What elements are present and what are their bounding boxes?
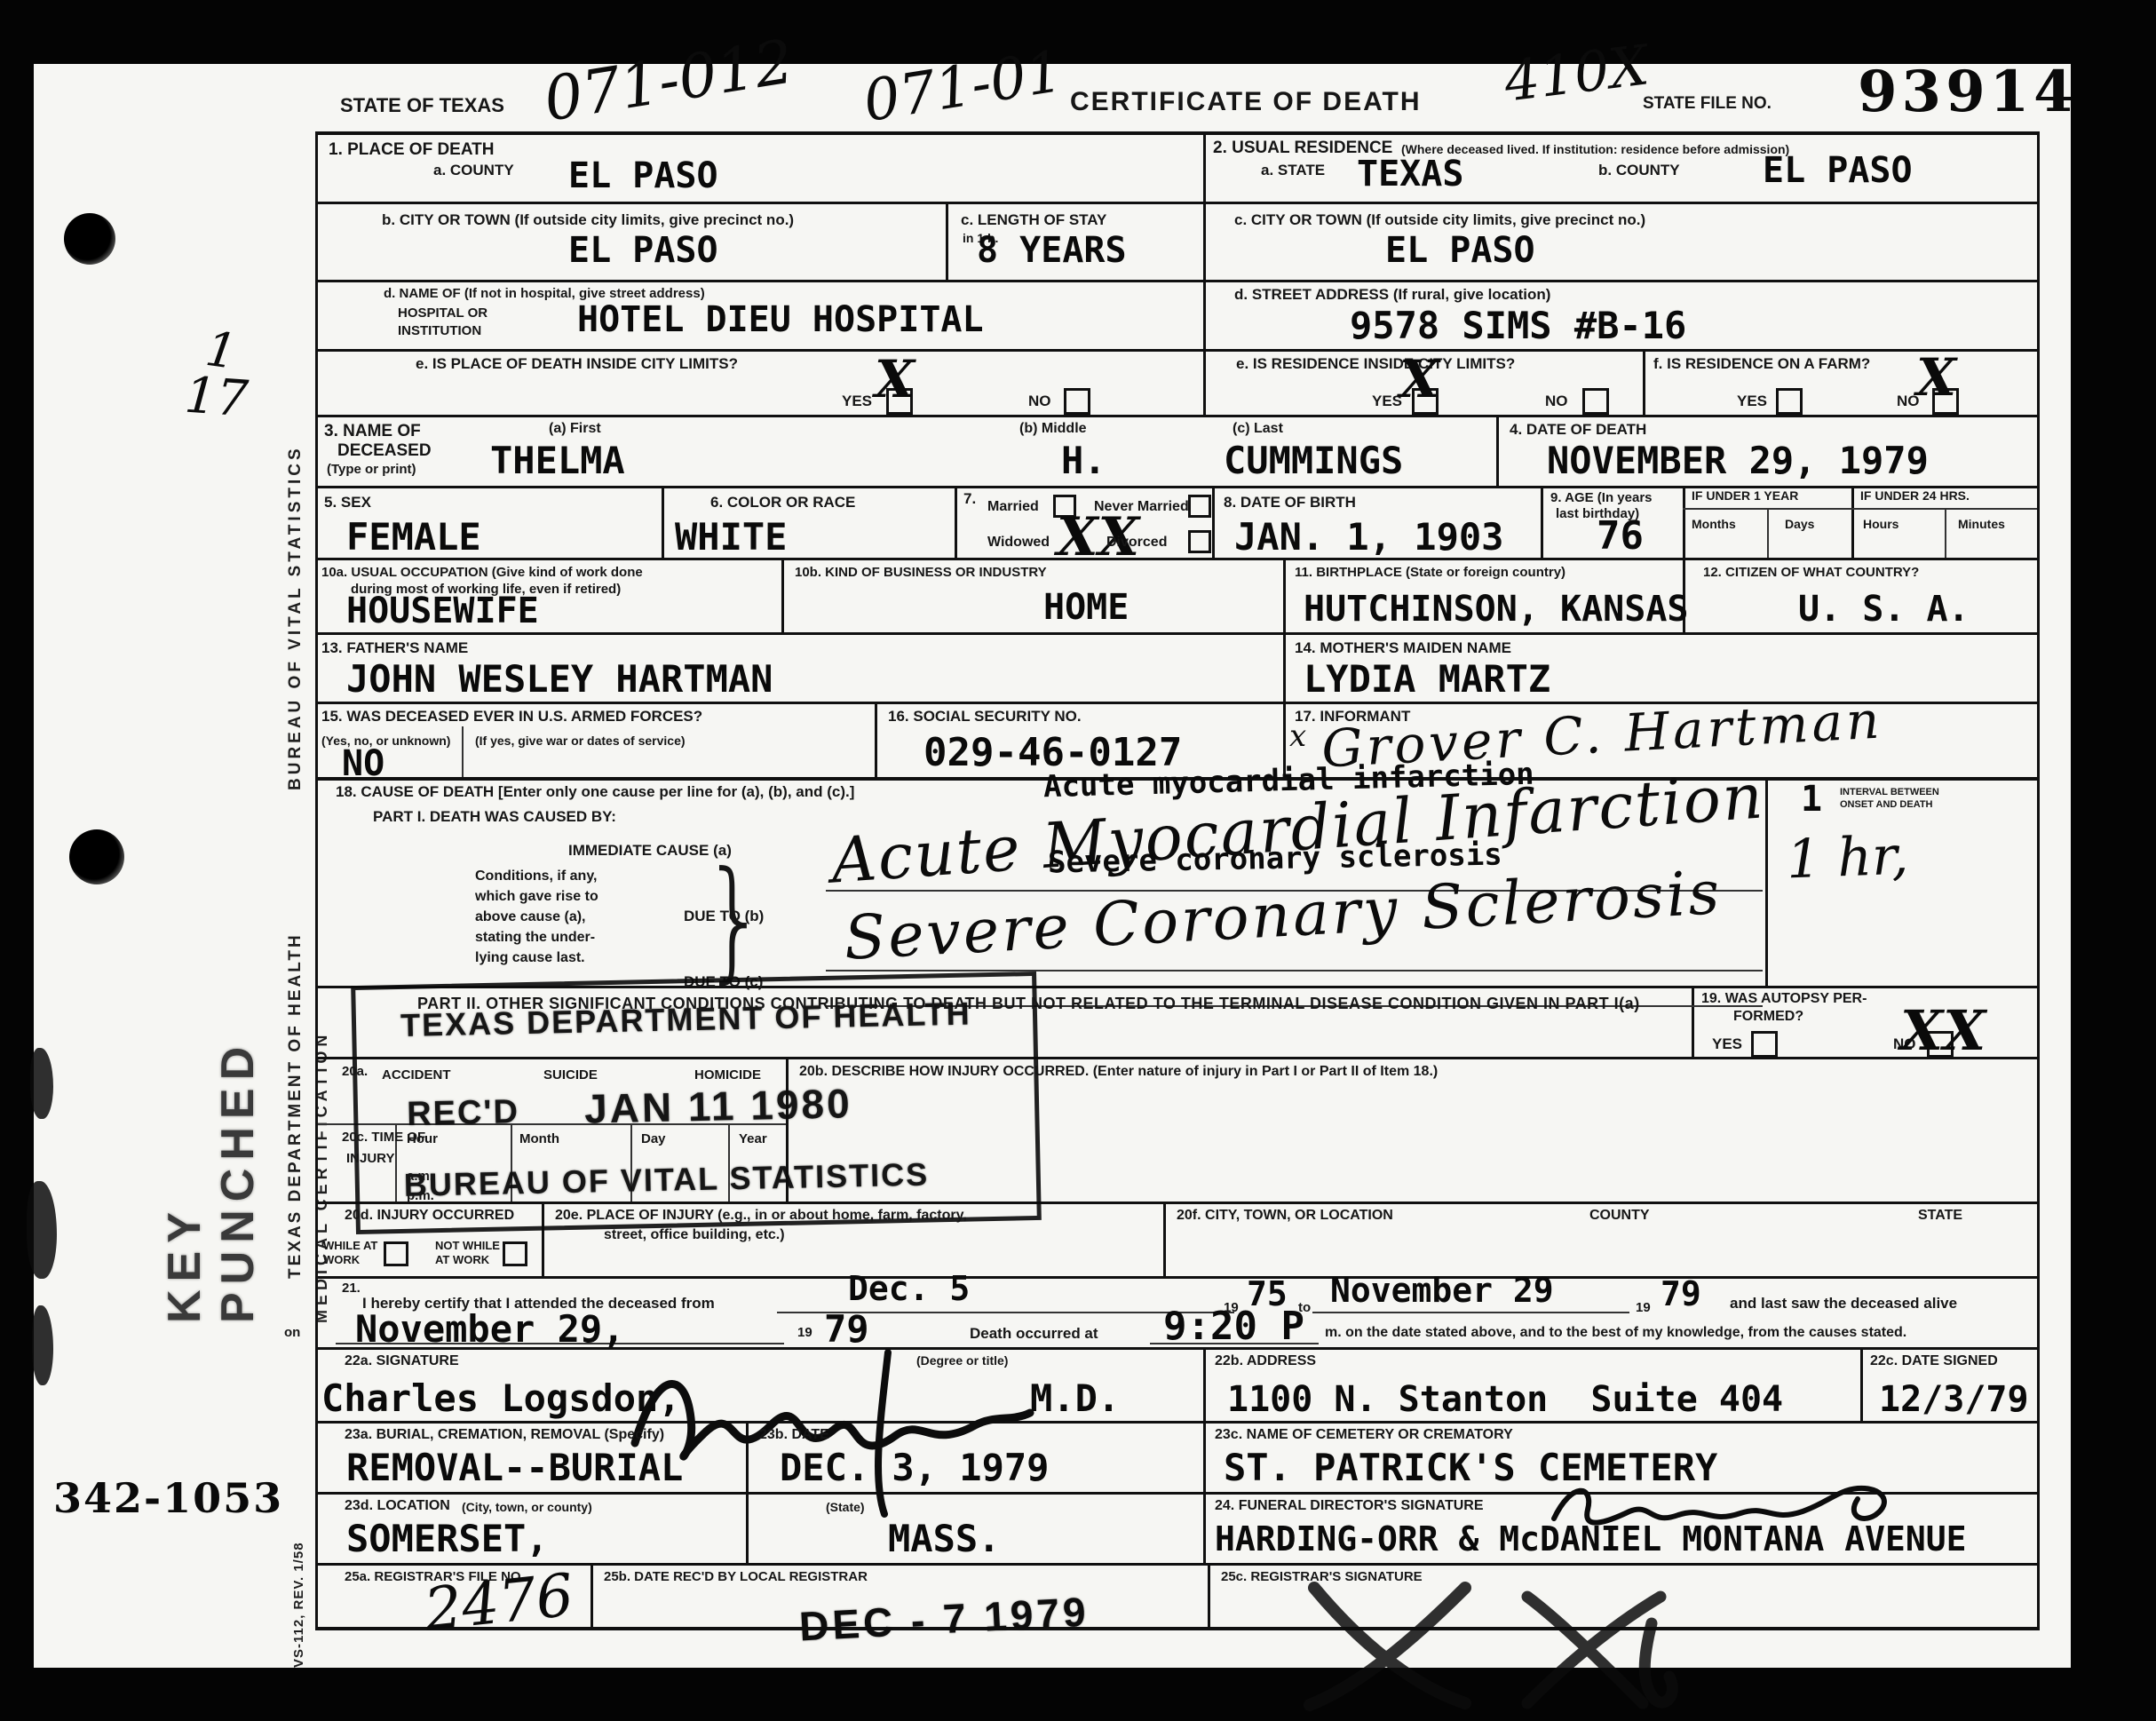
location-label: 23d. LOCATION [345,1498,450,1514]
death-limits-no-checkbox [1064,388,1090,415]
street-address-label: d. STREET ADDRESS (If rural, give locati… [1234,286,1550,304]
industry-label: 10b. KIND OF BUSINESS OR INDUSTRY [795,565,1047,580]
months-label: Months [1692,517,1736,531]
city-value: EL PASO [568,233,718,268]
attended-to-value: November 29 [1330,1273,1554,1307]
residence-city-label: c. CITY OR TOWN (If outside city limits,… [1234,211,1645,229]
injury-20b-label: 20b. DESCRIBE HOW INJURY OCCURRED. (Ente… [799,1064,1438,1080]
name-of-deceased-label-2: DECEASED [337,441,432,461]
widowed-label: Widowed [987,535,1050,551]
hour-label: Hour [407,1131,438,1146]
city-or-town-label: b. CITY OR TOWN (If outside city limits,… [382,211,794,229]
citizen-label: 12. CITIZEN OF WHAT COUNTRY? [1703,565,1919,580]
race-label: 6. COLOR OR RACE [710,494,855,512]
occupation-label: 10a. USUAL OCCUPATION (Give kind of work… [321,565,643,580]
age-label: 9. AGE (In years [1550,490,1653,505]
residence-limits-no-label: NO [1545,393,1568,410]
last-name-value: CUMMINGS [1224,442,1403,480]
scanned-death-certificate: 1 17 BUREAU OF VITAL STATISTICS TEXAS DE… [0,0,2156,1721]
armed-forces-sublabel-1: (Yes, no, or unknown) [321,734,450,748]
injury-20f-label: 20f. CITY, TOWN, OR LOCATION [1177,1208,1393,1224]
funeral-home-value: HARDING-ORR & McDANIEL MONTANA AVENUE [1215,1522,1966,1556]
last-name-label: (c) Last [1233,421,1283,437]
name-of-deceased-label: 3. NAME OF [324,422,421,441]
injury-20e-label: 20e. PLACE OF INJURY (e.g., in or about … [555,1208,967,1224]
married-label: Married [987,499,1039,515]
occupation-value: HOUSEWIFE [346,593,539,629]
received-stamp-line3: BUREAU OF VITAL STATISTICS [403,1156,929,1204]
injury-20e-label-2: street, office building, etc.) [604,1227,785,1243]
injury-20a-label: 20a. [342,1064,368,1079]
accident-label: ACCIDENT [382,1067,451,1083]
farm-no-mark: X [1916,352,1956,403]
while-at-work-label-2: WORK [323,1254,360,1267]
form-number-vertical-text: VS-112, REV. 1/58 [291,1446,306,1668]
divorced-label: Divorced [1106,535,1167,551]
middle-name-label: (b) Middle [1019,421,1087,437]
interval-label-2: ONSET AND DEATH [1840,799,1933,811]
burial-date-value: DEC. 3, 1979 [780,1449,1049,1487]
county-label: a. COUNTY [433,162,514,179]
hours-label: Hours [1863,517,1898,531]
middle-name-value: H. [1061,442,1106,480]
cause-of-death-label: 18. CAUSE OF DEATH [Enter only one cause… [336,783,854,801]
dob-label: 8. DATE OF BIRTH [1224,494,1356,512]
key-punched-stamp: KEY PUNCHED [158,959,265,1323]
race-value: WHITE [675,519,787,556]
attended-to-year: 79 [1661,1277,1701,1311]
under-24-hrs-label: IF UNDER 24 HRS. [1860,488,1970,503]
registrar-date-label: 25b. DATE REC'D BY LOCAL REGISTRAR [604,1569,868,1584]
death-limits-yes-label: YES [842,393,872,410]
while-at-work-label: WHILE AT [323,1240,377,1253]
farm-yes-label: YES [1737,393,1767,410]
father-name-value: JOHN WESLEY HARTMAN [346,661,773,698]
birthplace-label: 11. BIRTHPLACE (State or foreign country… [1295,565,1565,580]
conditions-label-3: above cause (a), [475,909,586,925]
industry-value: HOME [1043,590,1129,625]
month-label: Month [519,1131,559,1146]
street-address-value: 9578 SIMS #B-16 [1350,307,1686,345]
not-while-at-work-label-2: AT WORK [435,1254,489,1267]
residence-limits-yes-mark: X [1399,353,1439,405]
autopsy-label-1: 19. WAS AUTOPSY PER- [1701,991,1867,1007]
under-1-year-label: IF UNDER 1 YEAR [1692,488,1798,503]
autopsy-no-mark: XX [1900,1003,1986,1059]
farm-yes-checkbox [1776,388,1803,415]
injury-20c-label-2: INJURY [346,1151,394,1166]
never-married-checkbox [1188,495,1211,518]
days-label: Days [1785,517,1814,531]
attended-from-value: Dec. 5 [848,1272,970,1305]
location-sublabel: (City, town, or county) [462,1500,592,1514]
father-name-label: 13. FATHER'S NAME [321,639,468,657]
hospital-value: HOTEL DIEU HOSPITAL [577,302,984,337]
received-stamp-date: JAN 11 1980 [584,1079,853,1132]
name-of-deceased-label-3: (Type or print) [327,462,416,477]
not-while-at-work-label: NOT WHILE [435,1240,500,1253]
degree-value: M.D. [1030,1380,1120,1417]
interval-typed-value: 1 [1801,781,1822,817]
am-label: a.m. [407,1169,433,1184]
while-at-work-checkbox [384,1241,408,1266]
ssn-label: 16. SOCIAL SECURITY NO. [888,708,1082,726]
farm-label: f. IS RESIDENCE ON A FARM? [1653,355,1870,373]
interval-label-1: INTERVAL BETWEEN [1840,787,1939,798]
location-state-sublabel: (State) [826,1500,865,1514]
burial-value: REMOVAL--BURIAL [346,1449,683,1487]
conditions-label-2: which gave rise to [475,889,598,905]
date-signed-label: 22c. DATE SIGNED [1870,1353,1998,1369]
scan-edge-top [0,0,2156,64]
sex-label: 5. SEX [324,494,371,512]
punch-hole [64,213,115,265]
death-limits-yes-mark: X [875,353,915,405]
part2-label: PART II. OTHER SIGNIFICANT CONDITIONS CO… [417,995,1640,1013]
date-of-death-label: 4. DATE OF DEATH [1510,421,1646,439]
certify-19b: 19 [1636,1300,1651,1315]
armed-forces-value: NO [342,746,384,781]
burial-date-label: 23b. DATE [759,1427,829,1443]
residence-limits-no-checkbox [1582,388,1609,415]
due-to-b-label: DUE TO (b) [684,908,764,925]
conditions-label-4: stating the under- [475,930,595,946]
date-signed-value: 12/3/79 [1879,1382,2029,1417]
place-of-death-section-label: 1. PLACE OF DEATH [329,140,495,160]
residence-state-label: a. STATE [1261,162,1325,179]
day-label: Day [641,1131,666,1146]
year-label: Year [739,1131,767,1146]
minutes-label: Minutes [1958,517,2005,531]
scan-edge-left [0,0,34,1721]
hospital-label-3: INSTITUTION [398,323,481,338]
mother-name-value: LYDIA MARTZ [1304,661,1550,698]
citizen-value: U. S. A. [1798,591,1970,627]
date-of-death-value: NOVEMBER 29, 1979 [1547,442,1929,480]
state-file-no-label: STATE FILE NO. [1643,94,1772,114]
address-value: 1100 N. Stanton Suite 404 [1227,1382,1783,1417]
informant-prefix-mark: x [1289,721,1306,751]
autopsy-yes-label: YES [1712,1035,1742,1053]
autopsy-label-2: FORMED? [1733,1009,1803,1025]
armed-forces-sublabel-2: (If yes, give war or dates of service) [475,734,686,748]
certify-tail-2: m. on the date stated above, and to the … [1325,1325,1906,1341]
length-of-stay-value: 8 YEARS [977,233,1127,268]
certificate-title: CERTIFICATE OF DEATH [1070,87,1422,118]
armed-forces-label: 15. WAS DECEASED EVER IN U.S. ARMED FORC… [321,708,702,726]
cemetery-label: 23c. NAME OF CEMETERY OR CREMATORY [1215,1427,1513,1443]
death-limits-no-label: NO [1028,393,1051,410]
residence-state-value: TEXAS [1357,156,1463,192]
funeral-director-label: 24. FUNERAL DIRECTOR'S SIGNATURE [1215,1498,1484,1514]
handwritten-cert-code: 410X [1502,37,1652,109]
mother-name-label: 14. MOTHER'S MAIDEN NAME [1295,639,1511,657]
address-label: 22b. ADDRESS [1215,1353,1316,1369]
conditions-label-1: Conditions, if any, [475,868,597,884]
death-city-limits-label: e. IS PLACE OF DEATH INSIDE CITY LIMITS? [416,355,738,373]
injury-state-label: STATE [1918,1208,1962,1224]
residence-city-limits-label: e. IS RESIDENCE INSIDE CITY LIMITS? [1236,355,1515,373]
autopsy-yes-checkbox [1751,1031,1778,1058]
first-name-value: THELMA [490,442,625,480]
received-stamp-recd: REC'D [407,1093,520,1134]
age-value: 76 [1597,517,1644,556]
punch-hole [69,829,124,884]
injury-county-label: COUNTY [1589,1208,1650,1224]
certify-on: on [284,1325,300,1340]
bureau-vertical-text: BUREAU OF VITAL STATISTICS [286,258,305,790]
homicide-label: HOMICIDE [694,1067,761,1083]
residence-city-value: EL PASO [1385,233,1535,268]
certify-tail-1: and last saw the deceased alive [1730,1295,1957,1313]
county-value: EL PASO [568,158,718,194]
marital-item-label: 7. [963,490,976,508]
part1-label: PART I. DEATH WAS CAUSED BY: [373,808,616,826]
length-of-stay-label: c. LENGTH OF STAY [961,211,1106,229]
location-value: SOMERSET, [346,1520,549,1558]
interval-handwritten: 1 hr, [1786,829,1909,887]
first-name-label: (a) First [549,421,601,437]
signature-label: 22a. SIGNATURE [345,1353,459,1369]
certify-number: 21. [342,1281,361,1296]
death-time-value: 9:20 P [1163,1307,1304,1346]
department-vertical-text: TEXAS DEPARTMENT OF HEALTH [286,781,305,1279]
pm-label: p.m. [407,1188,434,1203]
hospital-label-2: HOSPITAL OR [398,305,487,321]
margin-hand-mark: 17 [183,371,250,425]
not-while-at-work-checkbox [503,1241,527,1266]
scan-edge-right [2071,0,2156,1721]
residence-county-value: EL PASO [1763,153,1913,188]
suicide-label: SUICIDE [543,1067,598,1083]
state-of-texas-label: STATE OF TEXAS [340,94,504,116]
conditions-label-5: lying cause last. [475,950,585,966]
injury-20d-label: 20d. INJURY OCCURRED [345,1208,514,1224]
batch-number: 342-1053 [53,1474,283,1522]
burial-label: 23a. BURIAL, CREMATION, REMOVAL (Specify… [345,1427,664,1443]
residence-limits-yes-label: YES [1372,393,1402,410]
sex-value: FEMALE [346,519,481,556]
registrar-signature [1261,1570,1883,1712]
birthplace-value: HUTCHINSON, KANSAS [1304,591,1688,627]
state-file-number: 93914 [1858,59,2078,125]
last-seen-date: November 29, [355,1311,624,1348]
divorced-checkbox [1188,530,1211,553]
residence-county-label: b. COUNTY [1598,162,1680,179]
dob-value: JAN. 1, 1903 [1234,519,1503,556]
registrar-file-value: 2476 [422,1566,576,1639]
location-state-value: MASS. [888,1520,1000,1558]
degree-or-title-label: (Degree or title) [916,1353,1008,1368]
